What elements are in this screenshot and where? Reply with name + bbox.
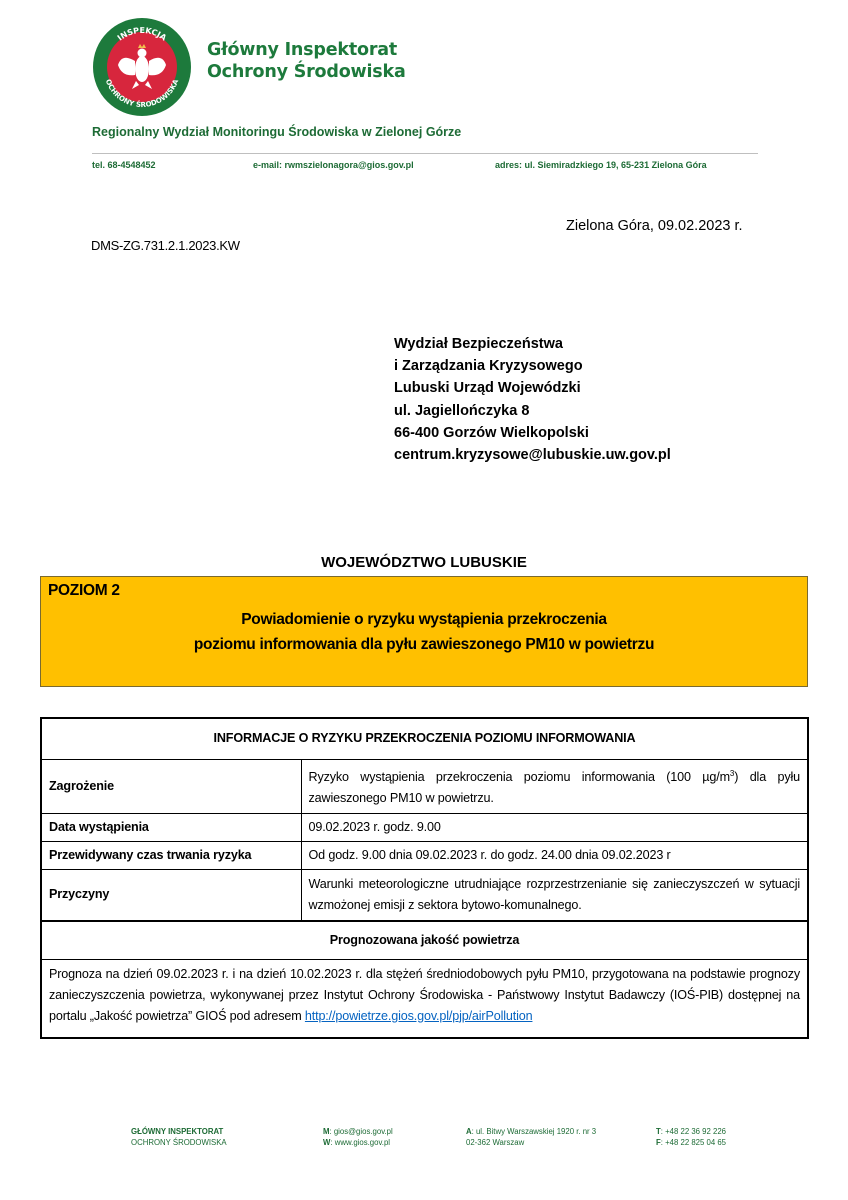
- forecast-text: Prognoza na dzień 09.02.2023 r. i na dzi…: [41, 959, 808, 1038]
- footer-web-mail: M: gios@gios.gov.pl W: www.gios.gov.pl: [323, 1126, 393, 1148]
- table-header: INFORMACJE O RYZYKU PRZEKROCZENIA POZIOM…: [41, 718, 808, 759]
- recipient-line: Wydział Bezpieczeństwa: [394, 333, 671, 355]
- row-value: Ryzyko wystąpienia przekroczenia poziomu…: [301, 759, 808, 813]
- table-row: Przewidywany czas trwania ryzyka Od godz…: [41, 841, 808, 869]
- reference-number: DMS-ZG.731.2.1.2023.KW: [91, 238, 240, 253]
- region-heading: WOJEWÓDZTWO LUBUSKIE: [0, 554, 848, 571]
- risk-info-table: INFORMACJE O RYZYKU PRZEKROCZENIA POZIOM…: [40, 717, 809, 1039]
- row-value: Od godz. 9.00 dnia 09.02.2023 r. do godz…: [301, 841, 808, 869]
- contact-address: adres: ul. Siemiradzkiego 19, 65-231 Zie…: [495, 160, 707, 170]
- recipient-line: ul. Jagiellończyka 8: [394, 400, 671, 422]
- row-label: Przyczyny: [41, 869, 301, 921]
- footer-org: GŁÓWNY INSPEKTORAT OCHRONY ŚRODOWISKA: [131, 1126, 227, 1148]
- recipient-line: Lubuski Urząd Wojewódzki: [394, 377, 671, 399]
- alert-title-line-1: Powiadomienie o ryzyku wystąpienia przek…: [41, 607, 807, 632]
- table-row: Przyczyny Warunki meteorologiczne utrudn…: [41, 869, 808, 921]
- recipient-line: i Zarządzania Kryzysowego: [394, 355, 671, 377]
- row-value: Warunki meteorologiczne utrudniające roz…: [301, 869, 808, 921]
- contact-email: e-mail: rwmszielonagora@gios.gov.pl: [253, 160, 414, 170]
- footer-email[interactable]: : gios@gios.gov.pl: [330, 1127, 393, 1136]
- row-value: 09.02.2023 r. godz. 9.00: [301, 813, 808, 841]
- recipient-email: centrum.kryzysowe@lubuskie.uw.gov.pl: [394, 444, 671, 466]
- contact-phone: tel. 68-4548452: [92, 160, 156, 170]
- alert-level: POZIOM 2: [48, 582, 120, 600]
- recipient-line: 66-400 Gorzów Wielkopolski: [394, 422, 671, 444]
- row-label: Zagrożenie: [41, 759, 301, 813]
- header-divider: [92, 153, 758, 154]
- forecast-header: Prognozowana jakość powietrza: [41, 921, 808, 959]
- brand-line-1: Główny Inspektorat: [207, 39, 406, 61]
- row-label: Data wystąpienia: [41, 813, 301, 841]
- table-row: Zagrożenie Ryzyko wystąpienia przekrocze…: [41, 759, 808, 813]
- alert-banner: POZIOM 2 Powiadomienie o ryzyku wystąpie…: [40, 576, 808, 687]
- alert-title-line-2: poziomu informowania dla pyłu zawieszone…: [41, 632, 807, 657]
- table-row: Data wystąpienia 09.02.2023 r. godz. 9.0…: [41, 813, 808, 841]
- forecast-link[interactable]: http://powietrze.gios.gov.pl/pjp/airPoll…: [305, 1009, 533, 1023]
- footer-phone-fax: T: +48 22 36 92 226 F: +48 22 825 04 65: [656, 1126, 726, 1148]
- place-date: Zielona Góra, 09.02.2023 r.: [566, 218, 743, 234]
- brand-line-2: Ochrony Środowiska: [207, 61, 406, 83]
- brand-name: Główny Inspektorat Ochrony Środowiska: [207, 39, 406, 83]
- footer-address: A: ul. Bitwy Warszawskiej 1920 r. nr 3 0…: [466, 1126, 596, 1148]
- gios-logo: INSPEKCJA OCHRONY ŚRODOWISKA: [92, 17, 192, 117]
- footer-website[interactable]: : www.gios.gov.pl: [330, 1138, 390, 1147]
- recipient-address: Wydział Bezpieczeństwa i Zarządzania Kry…: [394, 333, 671, 466]
- alert-title: Powiadomienie o ryzyku wystąpienia przek…: [41, 607, 807, 657]
- row-label: Przewidywany czas trwania ryzyka: [41, 841, 301, 869]
- department-name: Regionalny Wydział Monitoringu Środowisk…: [92, 125, 461, 139]
